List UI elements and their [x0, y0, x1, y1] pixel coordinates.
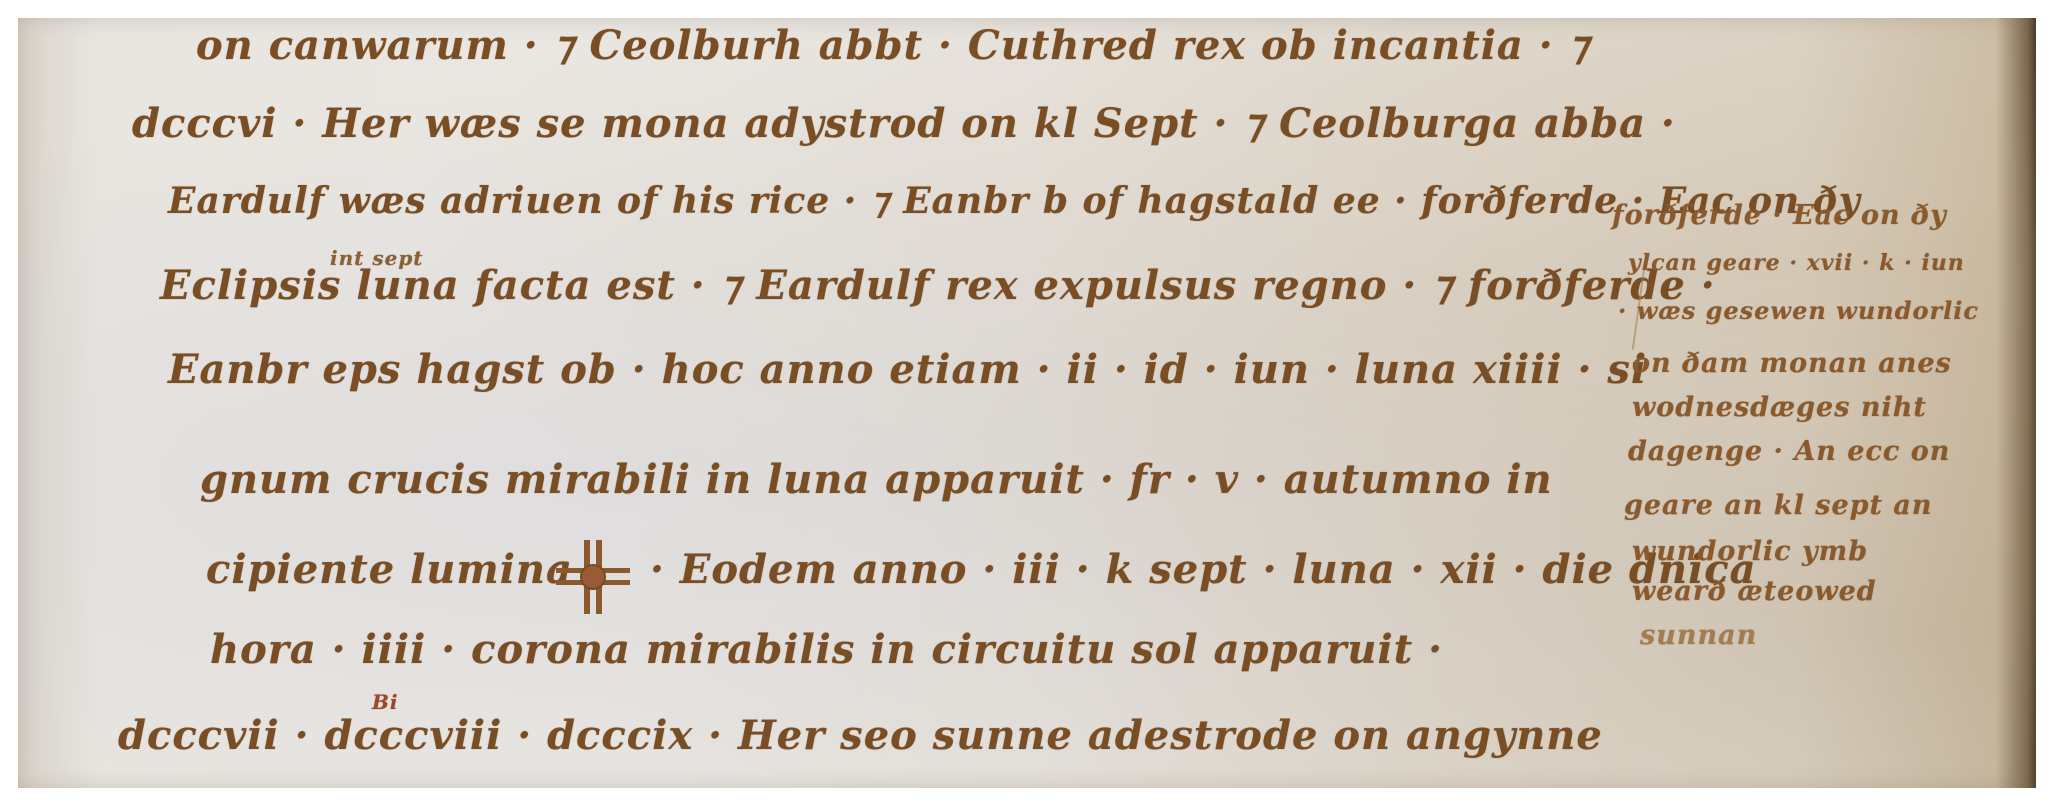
- text-line-6: gnum crucis mirabili in luna apparuit · …: [200, 456, 1553, 503]
- interlinear-gloss-1: int sept: [330, 246, 424, 270]
- text-line-7b: · Eodem anno · iii · k sept · luna · xii…: [650, 546, 1757, 593]
- text-line-2: dcccvi · Her wæs se mona adystrod on kl …: [132, 100, 1676, 147]
- text-line-7a: cipiente lumina ·: [206, 546, 603, 593]
- margin-line-1: forðferde · Eac on ðy: [1612, 200, 1947, 231]
- margin-line-7: geare an kl sept an: [1624, 490, 1933, 521]
- text-line-1: on canwarum · ⁊ Ceolburh abbt · Cuthred …: [196, 22, 1590, 69]
- text-line-8: hora · iiii · corona mirabilis in circui…: [210, 626, 1443, 673]
- margin-line-4: on ðam monan anes: [1632, 348, 1952, 379]
- text-line-5: Eanbr eps hagst ob · hoc anno etiam · ii…: [168, 346, 1647, 393]
- text-line-3: Eardulf wæs adriuen of his rice · ⁊ Eanb…: [168, 180, 1861, 222]
- text-line-9: dcccvii · dcccviii · dcccix · Her seo su…: [118, 712, 1603, 759]
- margin-line-2: ylcan geare · xvii · k · iun: [1628, 250, 1965, 276]
- margin-line-6: dagenge · An ecc on: [1628, 436, 1950, 467]
- margin-line-5: wodnesdæges niht: [1632, 392, 1927, 423]
- margin-line-10: sunnan: [1640, 620, 1757, 651]
- margin-line-9: wearð æteowed: [1632, 576, 1877, 607]
- margin-line-8: wundorlic ymb: [1632, 536, 1868, 567]
- cross-sign-icon: [556, 540, 630, 614]
- interlinear-gloss-2: Bi: [372, 690, 399, 714]
- margin-line-3: · wæs gesewen wundorlic: [1618, 296, 1979, 325]
